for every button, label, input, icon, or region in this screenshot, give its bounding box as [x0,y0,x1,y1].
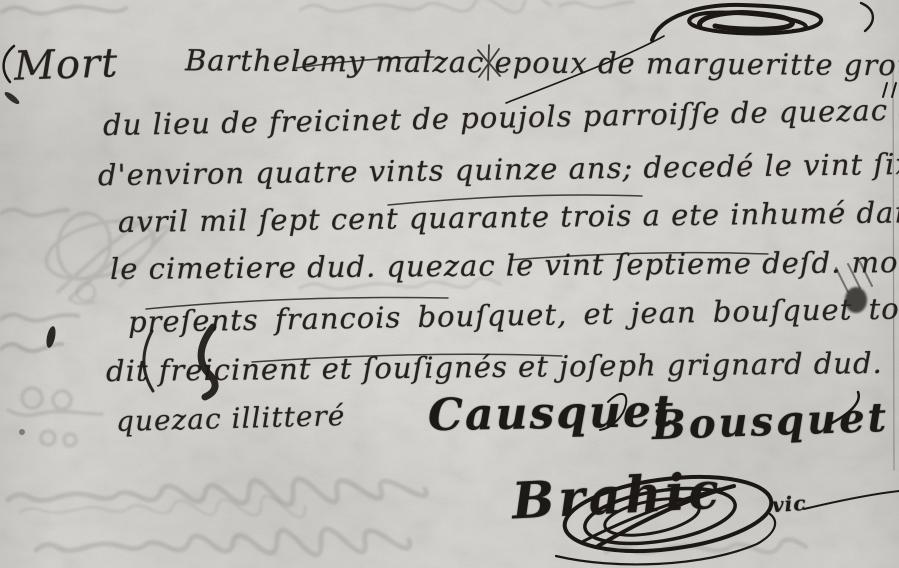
bleedthrough-loops [70,283,95,304]
signature-bousquet: Bousquet [651,394,890,449]
record-line-7: dit freicinent et ſouſignés et joſeph gr… [106,346,883,388]
top-right-paraph [506,3,873,103]
signature-brahic: Brahic [511,461,725,531]
burial-record-text: Mort Barthelemy malzac epoux de margueri… [0,0,899,568]
star-mark [478,45,500,80]
page-edge-line [893,60,894,470]
ink-speck [3,90,57,435]
ink-flourish-layer [0,0,899,568]
record-line-1: Barthelemy malzac epoux de margueritte g… [185,43,899,83]
priest-paraph [556,467,775,565]
margin-bracket [4,46,14,82]
bousquet-flourish [828,392,859,425]
bleedthrough-squiggle [0,209,68,215]
bleedthrough-squiggle [0,315,78,321]
bleedthrough-squiggle [300,0,550,13]
bleedthrough-squiggle [2,7,126,14]
margin-heading-mort: Mort [13,40,119,90]
paper-texture [0,0,899,568]
bleedthrough-squiggle [300,278,500,289]
crossbar-stroke [146,57,768,362]
edge-quote-mark [883,83,896,97]
record-line-5: le cimetiere dud. quezac le vint ſeptiem… [110,244,899,286]
record-line-2: du lieu de freicinet de poujols parroiſſ… [103,92,899,142]
bleedthrough-squiggle [36,529,410,555]
bleedthrough-scribble [40,209,170,298]
bleedthrough-layer [0,0,899,568]
signature-vicaire-abbreviation: vic [771,491,807,517]
record-line-3: d'environ quatre vints quinze ans; deced… [98,146,899,192]
ink-smudge [836,262,872,313]
bleedthrough-squiggle [8,479,426,505]
manuscript-page: Mort Barthelemy malzac epoux de margueri… [0,0,899,568]
signature-causquet: Causquet [428,386,676,441]
record-line-6: preſents francois bouſquet, et jean bouſ… [128,291,899,339]
heavy-ink-stroke [144,327,215,397]
bleedthrough-squiggle [606,539,806,552]
bleedthrough-squiggle [20,496,305,517]
causquet-flourish [600,394,626,430]
bleedthrough-loops [8,388,102,446]
bleedthrough-squiggle [560,2,634,8]
vic-trailing-stroke [804,491,899,509]
record-line-4: avril mil ſept cent quarante trois a ete… [118,195,899,239]
bleedthrough-squiggle [0,344,62,351]
record-line-8: quezac illitteré [116,399,346,438]
